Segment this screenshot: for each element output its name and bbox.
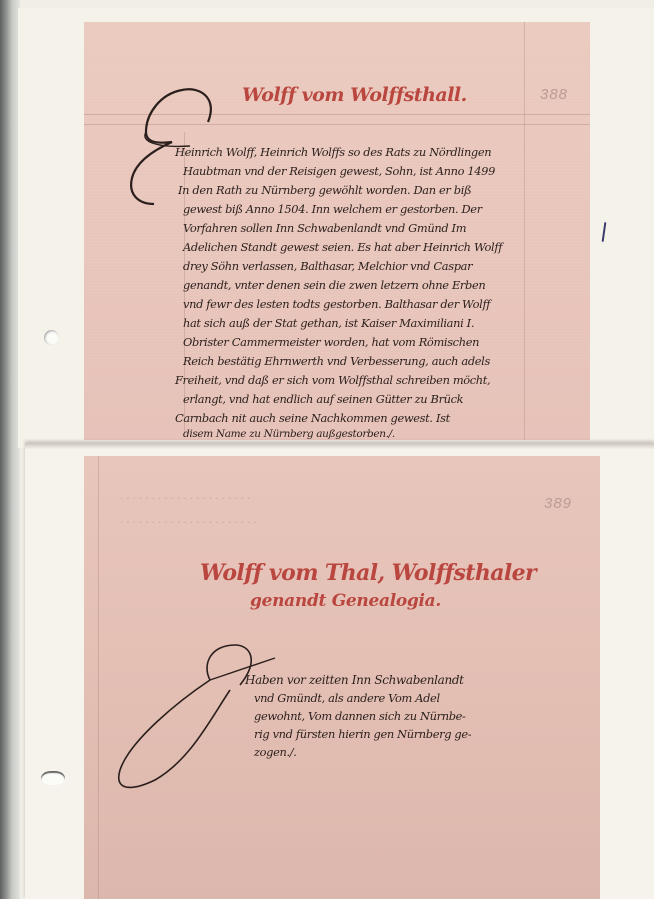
scanner-edge (0, 0, 20, 899)
text-line: Heinrich Wolff, Heinrich Wolffs so des R… (175, 145, 491, 159)
text-line: vnd fewr des lesten todts gestorben. Bal… (183, 297, 490, 311)
text-line: Carnbach nit auch seine Nachkommen gewes… (175, 411, 450, 425)
page-heading: Wolff vom Wolffsthall. (242, 84, 467, 106)
folio-number: 389 (544, 495, 572, 512)
folio-number: 388 (540, 86, 568, 103)
text-line: Reich bestätig Ehrnwerth vnd Verbesserun… (183, 354, 490, 368)
text-line: erlangt, vnd hat endlich auf seinen Gütt… (183, 392, 463, 406)
text-line: hat sich auß der Stat gethan, ist Kaiser… (183, 316, 474, 330)
text-line: genandt, vnter denen sein die zwen letze… (183, 278, 485, 292)
text-line: In den Rath zu Nürnberg gewöhlt worden. … (178, 183, 471, 197)
text-line: disem Name zu Nürnberg außgestorben./. (183, 428, 395, 440)
text-line: Obrister Cammermeister worden, hat vom R… (183, 335, 479, 349)
sheet-overlap-edge (25, 443, 654, 449)
bleed-through-text: · · · · · · · · · · · · · · · · · · · · … (120, 518, 257, 529)
page-subheading: genandt Genealogia. (250, 591, 441, 611)
page-heading: Wolff vom Thal, Wolffsthaler (200, 560, 536, 586)
binder-hole-top (44, 330, 59, 345)
text-line: gewohnt, Vom dannen sich zu Nürnbe- (254, 709, 466, 723)
text-line: Adelichen Standt gewest seien. Es hat ab… (183, 240, 502, 254)
text-line: Freiheit, vnd daß er sich vom Wolffsthal… (175, 373, 490, 387)
text-line: gewest biß Anno 1504. Inn welchem er ges… (183, 202, 482, 216)
text-line: drey Söhn verlassen, Balthasar, Melchior… (183, 259, 472, 273)
text-line: Vorfahren sollen Inn Schwabenlandt vnd G… (183, 221, 466, 235)
text-line: rig vnd fürsten hierin gen Nürnberg ge- (254, 727, 471, 741)
binder-hole-bottom (41, 771, 65, 785)
bleed-through-text: · · · · · · · · · · · · · · · · · · · · … (120, 494, 250, 505)
text-line: zogen./. (254, 745, 297, 759)
text-line: vnd Gmündt, als andere Vom Adel (254, 691, 440, 705)
text-line: Haben vor zeitten Inn Schwabenlandt (245, 673, 464, 687)
text-line: Haubtman vnd der Reisigen gewest, Sohn, … (183, 164, 495, 178)
